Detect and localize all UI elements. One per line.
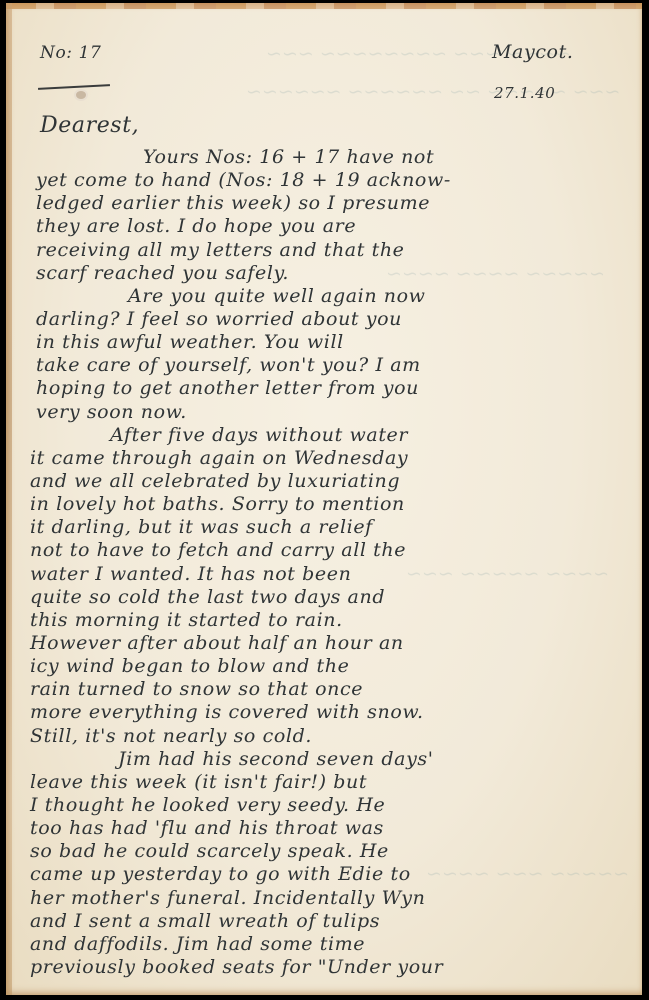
letter-line: receiving all my letters and that the [36,241,405,260]
letter-line: darling? I feel so worried about you [36,310,402,329]
letter-line: Yours Nos: 16 + 17 have not [143,148,434,167]
letter-line: leave this week (it isn't fair!) but [30,773,367,792]
letter-line: hoping to get another letter from you [36,379,419,398]
letter-line: not to have to fetch and carry all the [30,541,406,560]
paper-blemish [76,91,86,99]
letter-line: it came through again on Wednesday [30,449,408,468]
letter-line: yet come to hand (Nos: 18 + 19 acknow- [36,171,451,190]
letter-line: it darling, but it was such a relief [30,518,373,537]
letter-line: water I wanted. It has not been [30,565,351,584]
letter-line: and I sent a small wreath of tulips [30,912,380,931]
reverse-ink-bleed: ~~~~ ~~~~~ ~~~ [406,563,609,585]
letter-number: No: 17 [40,45,101,62]
letter-line: I thought he looked very seedy. He [30,796,385,815]
letter-line: previously booked seats for "Under your [30,958,443,977]
letter-salutation: Dearest, [40,115,139,137]
letter-place: Maycot. [492,43,573,62]
letter-date: 27.1.40 [494,86,555,101]
letter-line: more everything is covered with snow. [30,703,424,722]
letter-number-underline [38,84,110,90]
letter-line: so bad he could scarcely speak. He [30,842,389,861]
letter-line: Still, it's not nearly so cold. [30,727,312,746]
letter-line: Are you quite well again now [128,287,426,306]
paper-stain-left [6,3,12,995]
paper-stain-top [6,3,642,9]
letter-line: and we all celebrated by luxuriating [30,472,400,491]
reverse-ink-bleed: ~~~ ~~~~~ ~~ ~~~~~~ ~~~~~~ [246,81,620,103]
letter-line: they are lost. I do hope you are [36,217,356,236]
letter-line: take care of yourself, won't you? I am [36,356,421,375]
letter-line: Jim had his second seven days' [118,750,434,769]
letter-line: quite so cold the last two days and [30,588,385,607]
letter-line: After five days without water [110,426,408,445]
letter-line: and daffodils. Jim had some time [30,935,365,954]
reverse-ink-bleed: ~~~~~ ~~~ ~~~~ [426,863,629,885]
letter-line: this morning it started to rain. [30,611,343,630]
letter-line: came up yesterday to go with Edie to [30,865,411,884]
letter-line: ledged earlier this week) so I presume [36,194,430,213]
letter-line: rain turned to snow so that once [30,680,363,699]
letter-line: very soon now. [36,403,187,422]
letter-line: in this awful weather. You will [36,333,344,352]
letter-page: ~~~~ ~~~ ~~~~~~~~ ~~~ ~~~ ~~~~~ ~~ ~~~~~… [6,3,642,995]
letter-line: too has had 'flu and his throat was [30,819,384,838]
letter-line: her mother's funeral. Incidentally Wyn [30,889,425,908]
reverse-ink-bleed: ~~~~~ ~~~~ ~~~~ [386,263,605,285]
letter-line: icy wind began to blow and the [30,657,349,676]
letter-line: However after about half an hour an [30,634,404,653]
letter-line: in lovely hot baths. Sorry to mention [30,495,405,514]
letter-line: scarf reached you safely. [36,264,289,283]
